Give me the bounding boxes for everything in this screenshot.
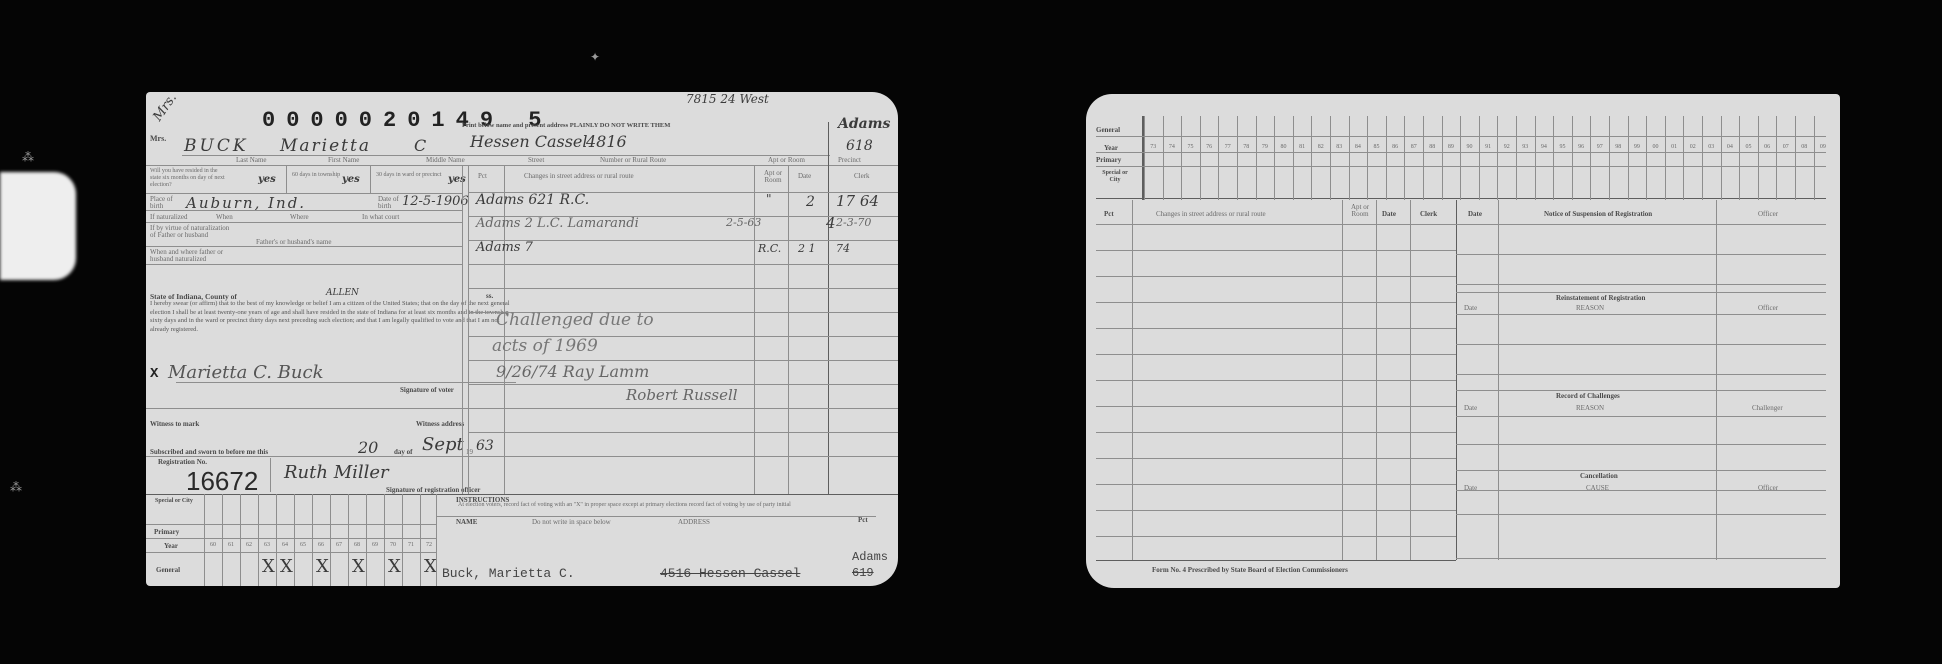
header-instruction: Print below name and present address PLA… [462, 122, 670, 129]
year-cell: 00 [1646, 144, 1665, 150]
year-cell: 99 [1628, 144, 1647, 150]
year-cell: 94 [1535, 144, 1554, 150]
scan-artifact [0, 172, 76, 280]
scan-speck: ⁂ [10, 480, 22, 494]
sworn-day: 20 [358, 438, 378, 457]
year-cell: 08 [1795, 144, 1814, 150]
street: Hessen Cassel [470, 132, 588, 151]
sworn-month: Sept [422, 434, 464, 455]
year-cell: 09 [1814, 144, 1833, 150]
year-cell: 91 [1479, 144, 1498, 150]
year-cell: 82 [1311, 144, 1330, 150]
registration-officer-signature: Ruth Miller [284, 462, 389, 483]
year-cell: 93 [1516, 144, 1535, 150]
year-cell: 73 [1144, 144, 1163, 150]
vote-mark: X [352, 556, 365, 577]
voter-signature: Marietta C. Buck [168, 362, 323, 383]
typed-name: Buck, Marietta C. [442, 566, 575, 581]
vote-mark: X [262, 556, 275, 577]
year-cell: 03 [1702, 144, 1721, 150]
year-cell: 86 [1386, 144, 1405, 150]
year-cell: 66 [312, 542, 330, 548]
challenge-note-line: 9/26/74 Ray Lamm [496, 362, 649, 381]
challenge-note-line: acts of 1969 [492, 336, 598, 356]
date-of-birth: 12-5-1906 [402, 194, 469, 209]
year-cell: 71 [402, 542, 420, 548]
year-cell: 92 [1497, 144, 1516, 150]
vote-mark: X [424, 556, 437, 577]
scan-speck: ✦ [590, 50, 600, 64]
year-cell: 85 [1367, 144, 1386, 150]
typed-township: Adams [852, 550, 888, 564]
vote-mark: X [316, 556, 329, 577]
year-cell: 90 [1460, 144, 1479, 150]
year-cell: 89 [1442, 144, 1461, 150]
typed-address: 4516 Hessen Cassel [660, 566, 800, 581]
middle-initial: C [414, 136, 426, 155]
year-cell: 06 [1758, 144, 1777, 150]
year-cell: 65 [294, 542, 312, 548]
year-cell: 63 [258, 542, 276, 548]
top-note: 7815 24 West [686, 92, 769, 106]
house-number: 4816 [586, 132, 627, 151]
year-cell: 98 [1609, 144, 1628, 150]
last-name: BUCK [184, 136, 249, 156]
year-cell: 95 [1553, 144, 1572, 150]
year-cell: 64 [276, 542, 294, 548]
form-footer: Form No. 4 Prescribed by State Board of … [1152, 566, 1348, 574]
year-cell: 87 [1404, 144, 1423, 150]
year-cell: 01 [1665, 144, 1684, 150]
vote-mark: X [280, 556, 293, 577]
year-cell: 04 [1721, 144, 1740, 150]
year-cell: 74 [1163, 144, 1182, 150]
registration-number: 16672 [186, 466, 258, 497]
year-cell: 60 [204, 542, 222, 548]
year-cell: 07 [1776, 144, 1795, 150]
year-cell: 88 [1423, 144, 1442, 150]
sworn-year: 63 [476, 438, 494, 454]
year-cell: 80 [1274, 144, 1293, 150]
serial-number: 0000020149 5 [262, 108, 552, 133]
year-cell: 05 [1739, 144, 1758, 150]
year-cell: 75 [1181, 144, 1200, 150]
year-cell: 77 [1218, 144, 1237, 150]
year-cell: 84 [1349, 144, 1368, 150]
title-prefix: Mrs. [150, 134, 166, 143]
scan-speck: ⁂ [22, 150, 34, 164]
corner-mark: Mrs. [150, 92, 180, 124]
vote-mark: X [388, 556, 401, 577]
oath-text: I hereby swear (or affirm) that to the b… [150, 300, 520, 334]
challenge-note-line: Challenged due to [496, 310, 654, 330]
year-cell: 79 [1256, 144, 1275, 150]
year-cell: 97 [1590, 144, 1609, 150]
year-cell: 69 [366, 542, 384, 548]
year-cell: 70 [384, 542, 402, 548]
year-cell: 81 [1293, 144, 1312, 150]
year-cell: 78 [1237, 144, 1256, 150]
year-cell: 61 [222, 542, 240, 548]
year-cell: 67 [330, 542, 348, 548]
registration-card-back: General Year Primary Special or City 737… [1086, 94, 1840, 588]
county: ALLEN [326, 288, 359, 298]
year-cell: 76 [1200, 144, 1219, 150]
year-cell: 96 [1572, 144, 1591, 150]
year-cell: 83 [1330, 144, 1349, 150]
typed-precinct: 619 [852, 566, 874, 580]
precinct: 618 [846, 138, 873, 154]
year-cell: 62 [240, 542, 258, 548]
township: Adams [838, 116, 890, 132]
year-cell: 68 [348, 542, 366, 548]
first-name: Marietta [280, 136, 371, 156]
registration-card-front: 7815 24 West Mrs. 0000020149 5 Print bel… [146, 92, 898, 586]
year-cell: 02 [1683, 144, 1702, 150]
challenge-note-line: Robert Russell [626, 386, 738, 404]
